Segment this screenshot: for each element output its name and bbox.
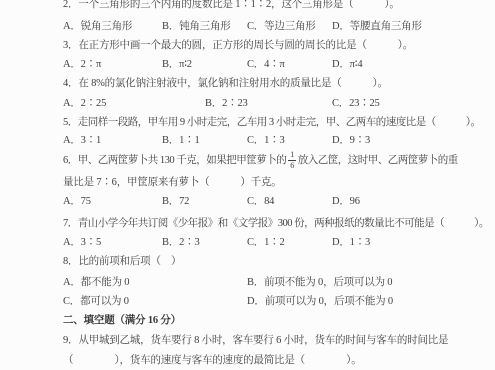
question-5-text: 5．走同样一段路，甲车用 9 小时走完，乙车用 3 小时走完，甲、乙两车的速度比… <box>63 116 481 129</box>
question-8-option-d: D．前项可以为 0，后项不能为 0 <box>247 295 393 308</box>
question-8-option-a: A．都不能为 0 <box>63 276 129 289</box>
question-6-line1-before-fraction: 6．甲、乙两筐萝卜共 130 千克，如果把甲筐萝卜的 <box>63 154 286 167</box>
question-2-text: 2．一个三角形的三个内角的度数比是 1∶1∶2，这个三角形是（ ）。 <box>63 0 400 11</box>
question-3-text: 3．在正方形中画一个最大的圆，正方形的周长与圆的周长的比是（ ）。 <box>63 39 413 52</box>
question-3-option-d: D．π∶4 <box>332 58 362 71</box>
question-5-option-d: D．9∶3 <box>332 134 370 147</box>
fraction-numerator: 1 <box>288 151 296 161</box>
question-4-option-c: C．23∶25 <box>332 97 380 110</box>
question-8-text: 8．比的前项和后项（ ） <box>63 255 181 268</box>
question-9-text-line2: （ ），货车的速度与客车的速度的最简比是（ ）。 <box>63 354 362 367</box>
question-6-line1-after-fraction: 放入乙筐，这时甲、乙两筐萝卜的重 <box>298 154 458 167</box>
question-4-text: 4．在 8%的氯化钠注射液中，氯化钠和注射用水的质量比是（ ）。 <box>63 77 388 90</box>
question-4-option-a: A．2∶25 <box>63 97 106 110</box>
question-6-text-line2: 量比是 7∶6，甲筐原来有萝卜（ ）千克。 <box>63 176 282 189</box>
question-4-option-b: B．2∶23 <box>205 97 248 110</box>
question-2-option-b: B．钝角三角形 <box>162 20 231 33</box>
question-6-option-c: C．84 <box>247 195 274 208</box>
question-9-text-line1: 9．从甲城到乙城，货车要行 8 小时，客车要行 6 小时，货车的时间与客车的时间… <box>63 334 448 347</box>
question-5-option-b: B．1∶1 <box>162 134 200 147</box>
fraction-denominator: 6 <box>290 161 294 170</box>
question-5-option-a: A．3∶1 <box>63 134 101 147</box>
question-2-option-a: A．锐角三角形 <box>63 20 132 33</box>
question-7-option-c: C．1∶2 <box>247 236 285 249</box>
question-7-option-b: B．2∶3 <box>162 236 200 249</box>
question-8-option-b: B．前项不能为 0，后项可以为 0 <box>247 276 392 289</box>
question-6-text-line1: 6．甲、乙两筐萝卜共 130 千克，如果把甲筐萝卜的 1 6 放入乙筐，这时甲、… <box>63 147 458 173</box>
question-8-option-c: C．都可以为 0 <box>63 295 129 308</box>
question-5-option-c: C．1∶3 <box>247 134 285 147</box>
question-3-option-c: C．4∶π <box>247 58 285 71</box>
question-7-text: 7．青山小学今年共订阅《少年报》和《文学报》300 份，两种报纸的数量比不可能是… <box>63 217 489 230</box>
question-3-option-b: B．π∶2 <box>162 58 192 71</box>
question-7-option-d: D．1∶3 <box>332 236 370 249</box>
question-7-option-a: A．3∶5 <box>63 236 101 249</box>
question-3-option-a: A．2∶π <box>63 58 101 71</box>
question-2-option-c: C．等边三角形 <box>247 20 316 33</box>
question-6-option-d: D．96 <box>332 195 360 208</box>
fraction-one-sixth: 1 6 <box>288 151 296 170</box>
section-2-heading: 二、填空题（满分 16 分） <box>63 314 181 327</box>
question-6-option-b: B．72 <box>162 195 189 208</box>
question-2-option-d: D．等腰直角三角形 <box>332 20 422 33</box>
exam-document-page: 2．一个三角形的三个内角的度数比是 1∶1∶2，这个三角形是（ ）。 A．锐角三… <box>0 0 495 370</box>
question-6-option-a: A．75 <box>63 195 91 208</box>
